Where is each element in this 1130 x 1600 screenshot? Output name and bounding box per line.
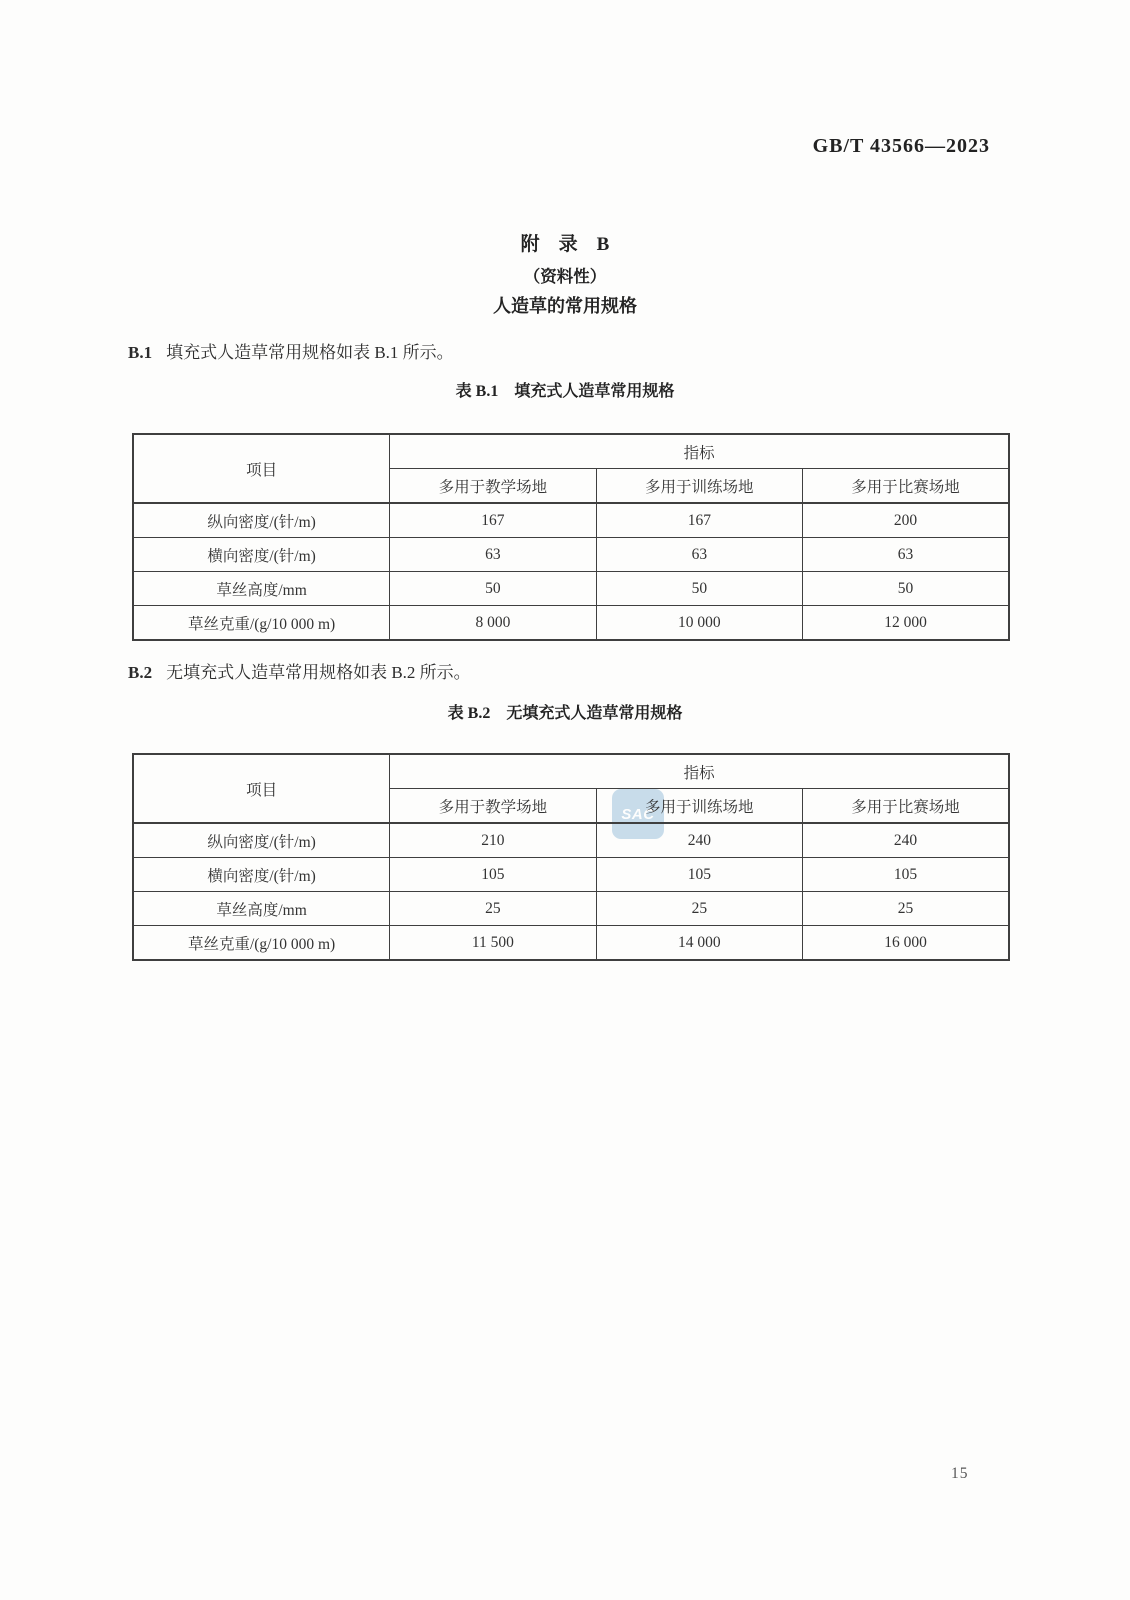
document-page: GB/T 43566—2023 附 录 B （资料性） 人造草的常用规格 B.1… (0, 0, 1130, 1600)
section-b1-label: B.1 (128, 343, 152, 362)
table-b2-caption: 表 B.2 无填充式人造草常用规格 (0, 700, 1130, 723)
t2-header-col-teaching: 多用于教学场地 (390, 789, 596, 824)
appendix-heading: 人造草的常用规格 (0, 292, 1130, 318)
table-cell: 25 (596, 892, 802, 926)
table-b2: 项目 指标 多用于教学场地 多用于训练场地 多用于比赛场地 纵向密度/(针/m)… (132, 753, 1010, 961)
standard-number: GB/T 43566—2023 (813, 135, 990, 158)
table-cell: 105 (596, 858, 802, 892)
table-row: 草丝克重/(g/10 000 m) 11 500 14 000 16 000 (133, 926, 1009, 961)
table-cell: 240 (803, 823, 1009, 858)
table-cell: 14 000 (596, 926, 802, 961)
row-label: 横向密度/(针/m) (133, 538, 390, 572)
table-b1-caption: 表 B.1 填充式人造草常用规格 (0, 378, 1130, 401)
row-label: 横向密度/(针/m) (133, 858, 390, 892)
row-label: 草丝高度/mm (133, 892, 390, 926)
table-cell: 200 (803, 503, 1009, 538)
appendix-note: （资料性） (0, 263, 1130, 287)
table-row: 纵向密度/(针/m) 210 240 240 (133, 823, 1009, 858)
table-cell: 50 (596, 572, 802, 606)
page-number: 15 (951, 1465, 969, 1483)
table-b1-container: 项目 指标 多用于教学场地 多用于训练场地 多用于比赛场地 纵向密度/(针/m)… (132, 433, 1010, 641)
table-cell: 25 (390, 892, 596, 926)
table-cell: 63 (390, 538, 596, 572)
section-b2: B.2无填充式人造草常用规格如表 B.2 所示。 (128, 658, 471, 683)
t1-header-col-teaching: 多用于教学场地 (390, 469, 596, 504)
table-cell: 63 (596, 538, 802, 572)
t2-header-col-competition: 多用于比赛场地 (803, 789, 1009, 824)
table-row: 横向密度/(针/m) 63 63 63 (133, 538, 1009, 572)
table-row: 草丝高度/mm 50 50 50 (133, 572, 1009, 606)
section-b1-text: 填充式人造草常用规格如表 B.1 所示。 (166, 343, 454, 362)
table-cell: 105 (803, 858, 1009, 892)
section-b2-label: B.2 (128, 663, 152, 682)
row-label: 纵向密度/(针/m) (133, 503, 390, 538)
table-cell: 105 (390, 858, 596, 892)
t2-header-item: 项目 (133, 754, 390, 823)
t1-header-item: 项目 (133, 434, 390, 503)
table-cell: 12 000 (803, 606, 1009, 641)
t2-header-indicator: 指标 (390, 754, 1009, 789)
table-cell: 8 000 (390, 606, 596, 641)
table-cell: 240 (596, 823, 802, 858)
table-row: 草丝高度/mm 25 25 25 (133, 892, 1009, 926)
table-cell: 50 (390, 572, 596, 606)
row-label: 草丝克重/(g/10 000 m) (133, 926, 390, 961)
table-cell: 50 (803, 572, 1009, 606)
table-row: 横向密度/(针/m) 105 105 105 (133, 858, 1009, 892)
t1-header-indicator: 指标 (390, 434, 1009, 469)
table-cell: 10 000 (596, 606, 802, 641)
row-label: 草丝高度/mm (133, 572, 390, 606)
table-cell: 11 500 (390, 926, 596, 961)
table-b2-container: 项目 指标 多用于教学场地 多用于训练场地 多用于比赛场地 纵向密度/(针/m)… (132, 753, 1010, 961)
row-label: 草丝克重/(g/10 000 m) (133, 606, 390, 641)
table-cell: 63 (803, 538, 1009, 572)
section-b2-text: 无填充式人造草常用规格如表 B.2 所示。 (166, 663, 471, 682)
table-cell: 167 (596, 503, 802, 538)
table-cell: 16 000 (803, 926, 1009, 961)
table-cell: 210 (390, 823, 596, 858)
appendix-title: 附 录 B (0, 229, 1130, 256)
t2-header-col-training: 多用于训练场地 (596, 789, 802, 824)
t1-header-col-competition: 多用于比赛场地 (803, 469, 1009, 504)
table-cell: 167 (390, 503, 596, 538)
section-b1: B.1填充式人造草常用规格如表 B.1 所示。 (128, 338, 454, 363)
table-row: 草丝克重/(g/10 000 m) 8 000 10 000 12 000 (133, 606, 1009, 641)
table-b1: 项目 指标 多用于教学场地 多用于训练场地 多用于比赛场地 纵向密度/(针/m)… (132, 433, 1010, 641)
table-row: 纵向密度/(针/m) 167 167 200 (133, 503, 1009, 538)
table-cell: 25 (803, 892, 1009, 926)
row-label: 纵向密度/(针/m) (133, 823, 390, 858)
t1-header-col-training: 多用于训练场地 (596, 469, 802, 504)
